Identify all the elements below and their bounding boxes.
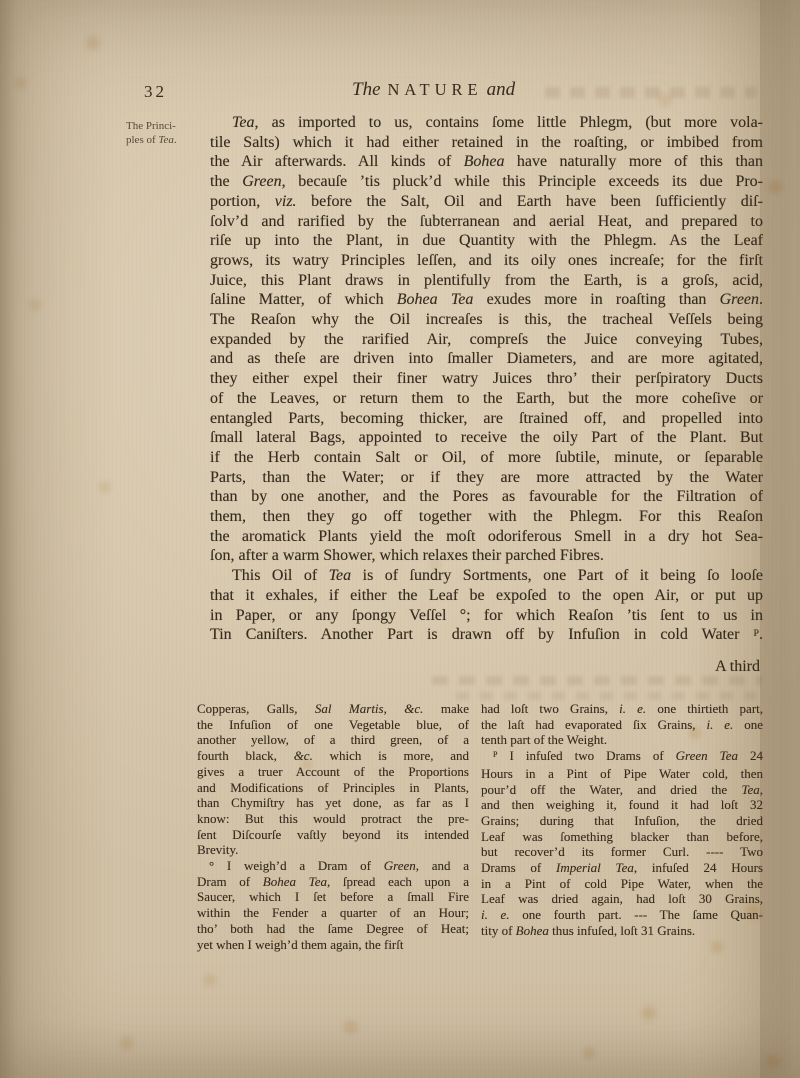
body-text-line: ſon, after a warm Shower, which relaxes …: [210, 546, 763, 566]
body-text-line: ſolv’d and rarified by the ſubterranean …: [210, 212, 763, 232]
footnote-line: P I infuſed two Drams of Green Tea 24: [481, 748, 763, 766]
footnote-line: another yellow, of a third green, of a: [197, 732, 469, 748]
bleed-through-artifact: [432, 676, 762, 685]
footnote-line: and Modifications of Principles in Plant…: [197, 780, 469, 796]
footnote-line: but recover’d its former Curl. ---- Two: [481, 844, 763, 860]
footnote-line: i. e. one fourth part. --- The ſame Quan…: [481, 907, 763, 923]
footnote-line: Grains; during that Infuſion, the dried: [481, 813, 763, 829]
body-text-line: and as theſe are driven into ſmaller Dia…: [210, 349, 763, 369]
body-text-line: the aromatick Plants yield the moſt odor…: [210, 527, 763, 547]
footnote-line: Copperas, Galls, Sal Martis, &c. make: [197, 701, 469, 717]
body-text-line: ſaline Matter, of which Bohea Tea exudes…: [210, 290, 763, 310]
body-text-line: the Air afterwards. All kinds of Bohea h…: [210, 152, 763, 172]
catchword: A third: [715, 658, 760, 676]
footnote-line: ſent Diſcourſe vaſtly beyond its intende…: [197, 827, 469, 843]
footnote-line: Leaf was ſomething blacker than before,: [481, 829, 763, 845]
footnote-line: ° I weigh’d a Dram of Green, and a: [197, 858, 469, 874]
body-text-line: in Paper, or any ſpongy Veſſel °; for wh…: [210, 606, 763, 626]
body-text-line: portion, viz. before the Salt, Oil and E…: [210, 192, 763, 212]
footnote-line: Saucer, which I ſet before a ſmall Fire: [197, 889, 469, 905]
margin-note: The Princi-ples of Tea.: [126, 119, 212, 147]
footnote-line: in a Pint of cold Pipe Water, when the: [481, 876, 763, 892]
footnote-line: tenth part of the Weight.: [481, 732, 763, 748]
footnote-column-left: Copperas, Galls, Sal Martis, &c. makethe…: [197, 701, 469, 952]
footnote-line: the laſt had evaporated ſix Grains, i. e…: [481, 717, 763, 733]
bleed-through-artifact: [545, 87, 757, 98]
body-text-line: This Oil of Tea is of ſundry Sortments, …: [210, 566, 763, 586]
footnote-line: and then weighing it, found it had loſt …: [481, 797, 763, 813]
footnote-line: than Chymiſtry has yet done, as far as I: [197, 795, 469, 811]
footnote-line: Hours in a Pint of Pipe Water cold, then: [481, 766, 763, 782]
body-text-line: tile Salts) which it had either retained…: [210, 133, 763, 153]
footnote-line: gives a truer Account of the Proportions: [197, 764, 469, 780]
bleed-through-artifact: [456, 692, 756, 700]
footnote-line: Brevity.: [197, 842, 469, 858]
footnote-line: yet when I weigh’d them again, the firſt: [197, 937, 469, 953]
body-text-line: entangled Parts, becoming thicker, are ſ…: [210, 409, 763, 429]
footnote-line: Dram of Bohea Tea, ſpread each upon a: [197, 874, 469, 890]
margin-note-line: The Princi-: [126, 119, 212, 133]
body-text-line: Tea, as imported to us, contains ſome li…: [210, 113, 763, 133]
body-text-line: Juice, this Plant draws in plentifully f…: [210, 271, 763, 291]
page-number: 32: [144, 82, 167, 102]
running-title-and: and: [487, 79, 516, 100]
body-text-line: The Reaſon why the Oil increaſes is this…: [210, 310, 763, 330]
body-text-line: they either expel their finer watry Juic…: [210, 369, 763, 389]
body-text-line: Tin Caniſters. Another Part is drawn off…: [210, 625, 763, 647]
body-text-line: ſmall lateral Bags, appointed to receive…: [210, 428, 763, 448]
footnote-line: know: But this would protract the pre-: [197, 811, 469, 827]
body-text-line: that it exhales, if either the Leaf be e…: [210, 586, 763, 606]
footnote-column-right: had loſt two Grains, i. e. one thirtieth…: [481, 701, 763, 939]
page-edge-shading: [0, 0, 16, 1078]
body-text-line: Parts, than the Water; or if they are mo…: [210, 468, 763, 488]
running-title-nature: NATURE: [388, 80, 483, 99]
margin-note-line: ples of Tea.: [126, 133, 212, 147]
footnote-line: fourth black, &c. which is more, and: [197, 748, 469, 764]
footnote-line: Drams of Imperial Tea, infuſed 24 Hours: [481, 860, 763, 876]
page-edge-shading: [760, 0, 792, 1078]
footnote-line: Leaf was dried again, had loſt 30 Grains…: [481, 891, 763, 907]
body-text-line: of the Leaves, or return them to the Ear…: [210, 389, 763, 409]
body-text-line: if the Herb contain Salt or Oil, of more…: [210, 448, 763, 468]
running-title-the: The: [352, 79, 381, 100]
body-text-line: the Green, becauſe ’tis pluck’d while th…: [210, 172, 763, 192]
body-text-line: expanded by the rarified Air, compreſs t…: [210, 330, 763, 350]
footnote-line: tity of Bohea thus infuſed, loſt 31 Grai…: [481, 923, 763, 939]
footnote-line: tho’ both had the ſame Degree of Heat;: [197, 921, 469, 937]
body-text-line: riſe up into the Plant, in due Quantity …: [210, 231, 763, 251]
body-text-line: them, then they go off together with the…: [210, 507, 763, 527]
main-text-block: Tea, as imported to us, contains ſome li…: [210, 113, 763, 647]
footnote-line: had loſt two Grains, i. e. one thirtieth…: [481, 701, 763, 717]
running-title: TheNATUREand: [352, 79, 515, 101]
body-text-line: grows, its watry Principles leſſen, and …: [210, 251, 763, 271]
footnote-line: pour’d off the Water, and dried the Tea,: [481, 782, 763, 798]
footnote-line: the Infuſion of one Vegetable blue, of: [197, 717, 469, 733]
body-text-line: than by one another, and the Pores as fa…: [210, 487, 763, 507]
book-page-scan: { "page": { "number": "32", "running_tit…: [0, 0, 800, 1078]
footnote-line: within the Fender a quarter of an Hour;: [197, 905, 469, 921]
